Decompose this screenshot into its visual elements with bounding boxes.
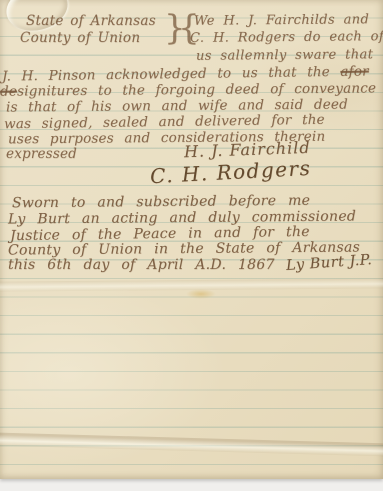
oath-line-3: us sallemnly sware that <box>196 47 373 64</box>
oath-line-1: We H. J. Fairchilds and <box>194 12 369 29</box>
document-scan: State of Arkansas County of Union } { We… <box>0 0 383 491</box>
fold-crease-lower <box>0 433 383 457</box>
ink-stain <box>186 289 216 299</box>
jurat-line-5: this 6th day of April A.D. 1867 <box>8 257 275 273</box>
oath-line-2: C. H. Rodgers do each of <box>190 29 383 46</box>
body-line-2-struck-lead: de <box>0 83 17 99</box>
signature-rodgers: C. H. Rodgers <box>149 156 311 188</box>
venue-state-line: State of Arkansas <box>26 13 156 29</box>
body-line-1-struck-word: afor <box>340 63 369 79</box>
document-page: State of Arkansas County of Union } { We… <box>0 0 383 479</box>
venue-county-line: County of Union <box>20 30 140 46</box>
body-line-6: expressed <box>6 146 77 162</box>
